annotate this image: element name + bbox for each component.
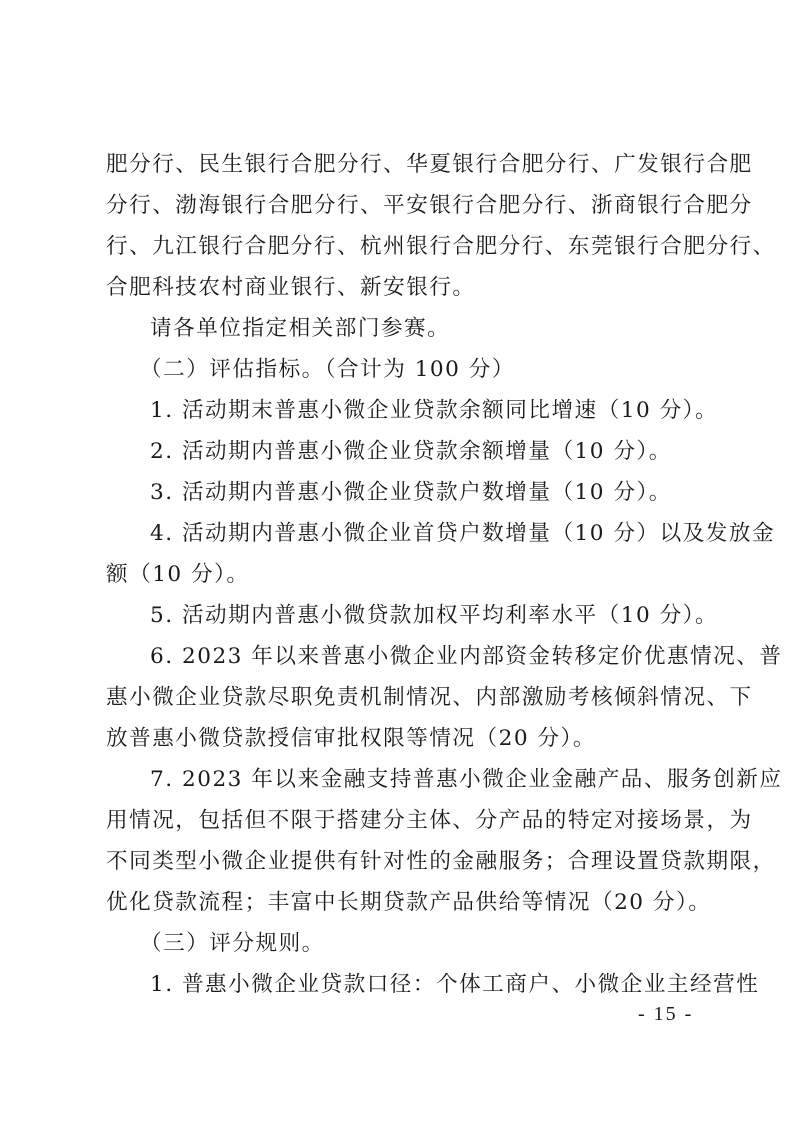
list-item: 6. 2023 年以来普惠小微企业内部资金转移定价优惠情况、普 xyxy=(150,644,696,670)
paragraph-line: 分行、渤海银行合肥分行、平安银行合肥分行、浙商银行合肥分 xyxy=(106,193,696,219)
page-number: - 15 - xyxy=(638,1003,693,1026)
list-item-continuation: 惠小微企业贷款尽职免责机制情况、内部激励考核倾斜情况、下 xyxy=(106,685,696,711)
paragraph-line: 肥分行、民生银行合肥分行、华夏银行合肥分行、广发银行合肥 xyxy=(106,152,696,178)
list-item: 2. 活动期内普惠小微企业贷款余额增量（10 分）。 xyxy=(150,439,740,465)
list-item: 3. 活动期内普惠小微企业贷款户数增量（10 分）。 xyxy=(150,480,740,506)
paragraph-line: 合肥科技农村商业银行、新安银行。 xyxy=(106,275,696,301)
list-item: 1. 活动期末普惠小微企业贷款余额同比增速（10 分）。 xyxy=(150,398,740,424)
list-item-continuation: 额（10 分）。 xyxy=(106,562,696,588)
section-heading: （三）评分规则。 xyxy=(140,931,730,957)
list-item: 7. 2023 年以来金融支持普惠小微企业金融产品、服务创新应 xyxy=(150,767,696,793)
list-item: 1. 普惠小微企业贷款口径：个体工商户、小微企业主经营性 xyxy=(150,972,696,998)
paragraph-line: 请各单位指定相关部门参赛。 xyxy=(150,316,740,342)
list-item-continuation: 放普惠小微贷款授信审批权限等情况（20 分）。 xyxy=(106,726,696,752)
paragraph-line: 行、九江银行合肥分行、杭州银行合肥分行、东莞银行合肥分行、 xyxy=(106,234,696,260)
list-item-continuation: 用情况，包括但不限于搭建分主体、分产品的特定对接场景，为 xyxy=(106,808,696,834)
document-page: 肥分行、民生银行合肥分行、华夏银行合肥分行、广发银行合肥 分行、渤海银行合肥分行… xyxy=(0,0,793,1122)
list-item-continuation: 优化贷款流程；丰富中长期贷款产品供给等情况（20 分）。 xyxy=(106,890,696,916)
section-heading: （二）评估指标。（合计为 100 分） xyxy=(140,357,730,383)
list-item: 5. 活动期内普惠小微贷款加权平均利率水平（10 分）。 xyxy=(150,603,740,629)
list-item-continuation: 不同类型小微企业提供有针对性的金融服务；合理设置贷款期限， xyxy=(106,849,696,875)
list-item: 4. 活动期内普惠小微企业首贷户数增量（10 分）以及发放金 xyxy=(150,521,696,547)
